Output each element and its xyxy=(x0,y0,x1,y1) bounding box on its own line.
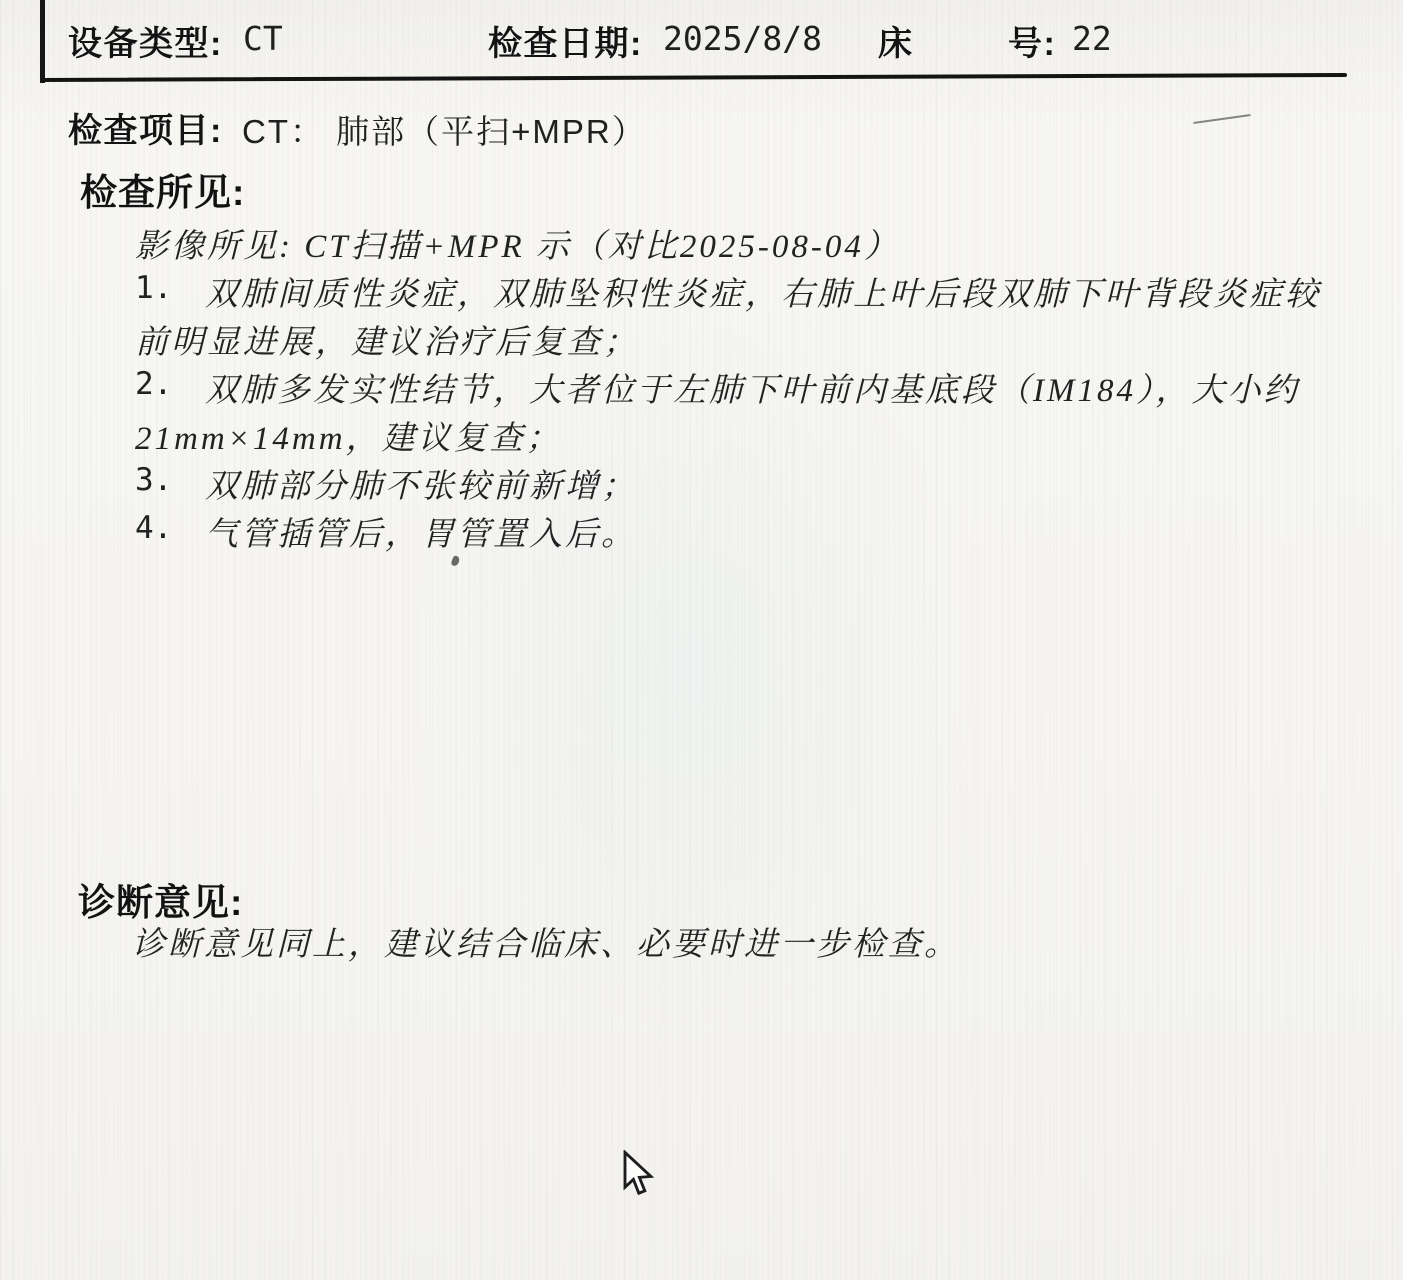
header-divider-line xyxy=(41,73,1347,82)
scan-artifact xyxy=(451,555,461,567)
findings-line: 影像所见: CT扫描+MPR 示（对比2025-08-04） xyxy=(135,220,1365,268)
findings-section-title: 检查所见: xyxy=(80,162,245,216)
exam-item-label: 检查项目: xyxy=(68,103,223,152)
findings-body: 影像所见: CT扫描+MPR 示（对比2025-08-04） 1. 双肺间质性炎… xyxy=(135,220,1365,556)
line-text: 21mm×14mm，建议复查； xyxy=(135,412,562,459)
line-text: 气管插管后，胃管置入后。 xyxy=(205,508,637,555)
device-type-label: 设备类型: xyxy=(68,16,223,65)
diagnosis-text: 诊断意见同上，建议结合临床、必要时进一步检查。 xyxy=(132,918,960,965)
line-number: 2. xyxy=(135,364,205,402)
findings-line: 前明显进展，建议治疗后复查； xyxy=(135,316,1365,364)
line-text: 前明显进展，建议治疗后复查； xyxy=(135,316,639,363)
findings-line: 3. 双肺部分肺不张较前新增； xyxy=(135,460,1365,508)
line-number: 1. xyxy=(135,268,205,306)
line-text: 双肺部分肺不张较前新增； xyxy=(205,460,637,507)
findings-line: 21mm×14mm，建议复查； xyxy=(135,412,1365,460)
bed-value: 22 xyxy=(1072,19,1112,58)
device-type-value: CT xyxy=(243,19,283,58)
line-number: 4. xyxy=(135,508,205,546)
bed-label: 床 xyxy=(878,16,914,65)
findings-line: 2. 双肺多发实性结节，大者位于左肺下叶前内基底段（IM184），大小约 xyxy=(135,364,1365,412)
scan-artifact xyxy=(1193,114,1251,124)
table-left-border xyxy=(40,0,45,83)
exam-item-value: CT： 肺部（平扫+MPR） xyxy=(242,106,647,153)
report-page: 设备类型: CT 检查日期: 2025/8/8 床 号: 22 检查项目: CT… xyxy=(0,0,1403,1280)
exam-date-label: 检查日期: xyxy=(488,16,643,65)
findings-line: 1. 双肺间质性炎症，双肺坠积性炎症，右肺上叶后段双肺下叶背段炎症较 xyxy=(135,268,1365,316)
line-text: 双肺间质性炎症，双肺坠积性炎症，右肺上叶后段双肺下叶背段炎症较 xyxy=(205,268,1321,315)
line-text: 双肺多发实性结节，大者位于左肺下叶前内基底段（IM184），大小约 xyxy=(205,364,1299,411)
bed-no-label: 号: xyxy=(1008,16,1056,65)
line-text: 影像所见: CT扫描+MPR 示（对比2025-08-04） xyxy=(135,220,900,267)
exam-date-value: 2025/8/8 xyxy=(663,19,822,58)
mouse-cursor-icon xyxy=(620,1150,654,1198)
findings-line: 4. 气管插管后，胃管置入后。 xyxy=(135,508,1365,556)
line-number: 3. xyxy=(135,460,205,498)
